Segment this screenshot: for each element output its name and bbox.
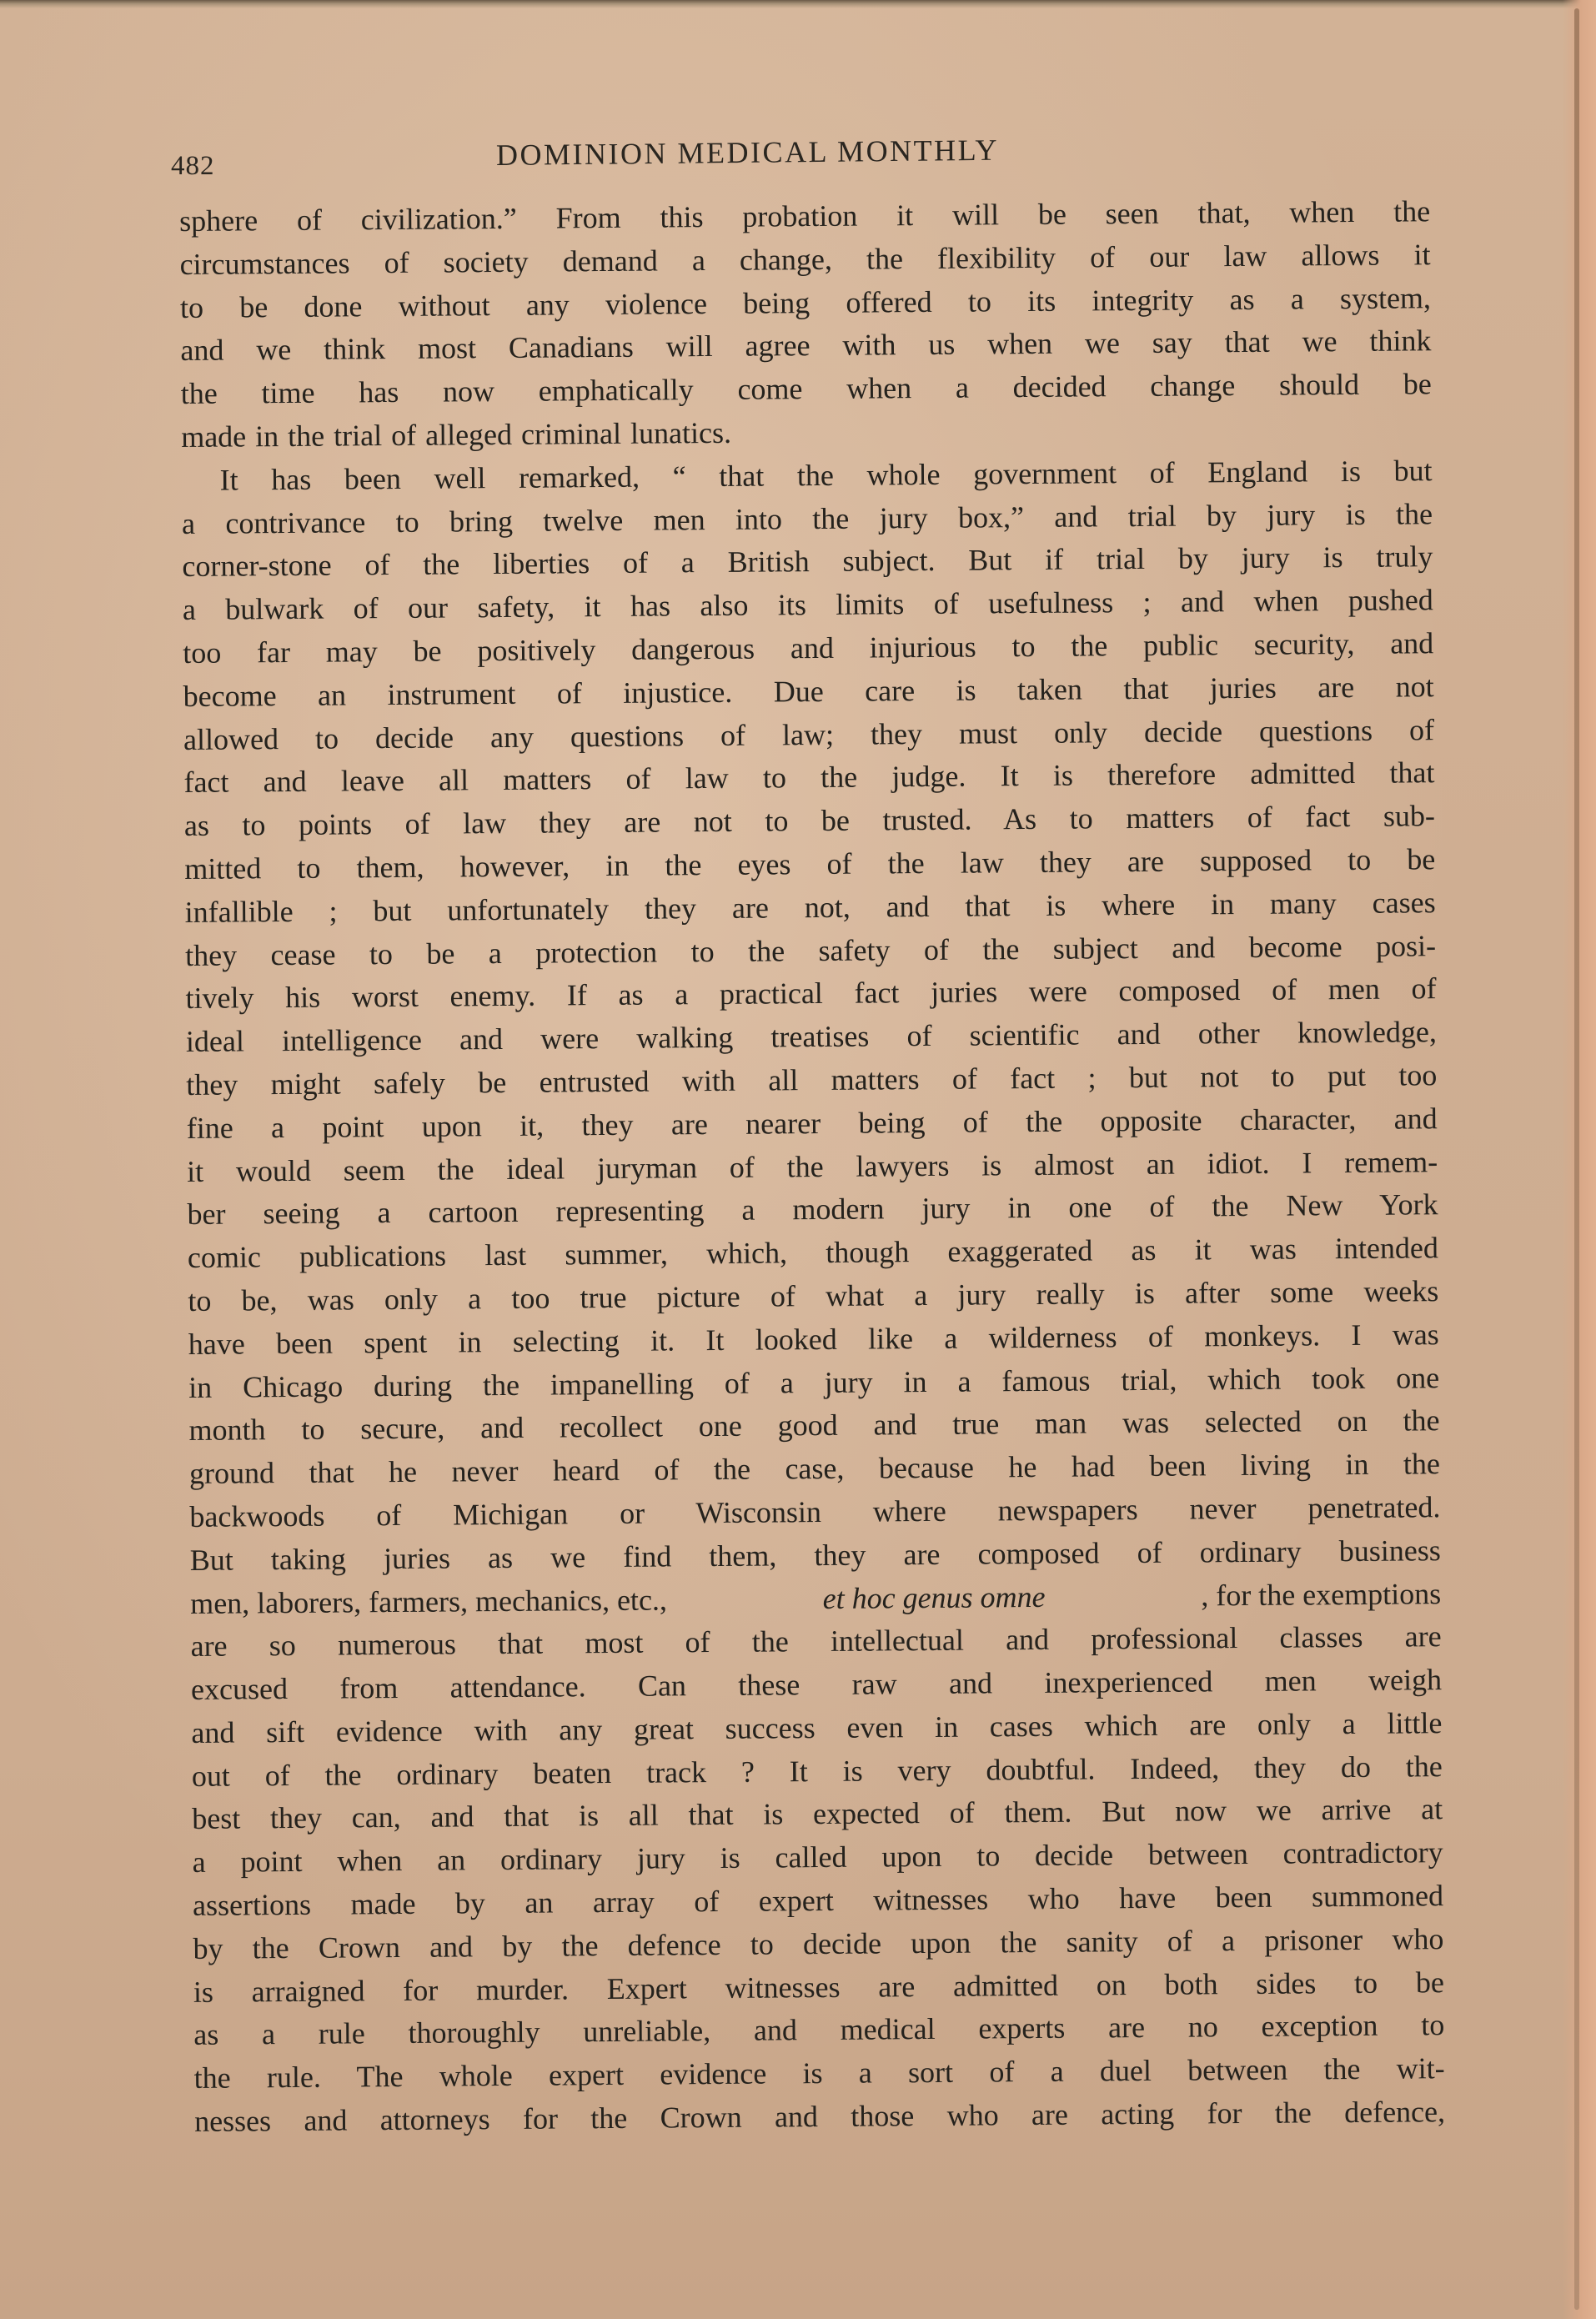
text-segment: , for the exemptions xyxy=(1201,1573,1441,1618)
page-top-edge xyxy=(0,0,1596,8)
page-right-edge xyxy=(1563,0,1596,2319)
latin-phrase: et hoc genus omne xyxy=(822,1575,1045,1620)
page-number: 482 xyxy=(171,151,215,182)
text-segment: men, laborers, farmers, mechanics, etc., xyxy=(190,1579,667,1625)
scanned-page: 482 DOMINION MEDICAL MONTHLY sphere of c… xyxy=(0,0,1596,2319)
binding-shadow xyxy=(1574,8,1579,2310)
article-body: sphere of civilization.” From this proba… xyxy=(179,190,1445,2144)
page-header: 482 DOMINION MEDICAL MONTHLY xyxy=(171,138,1405,179)
running-title: DOMINION MEDICAL MONTHLY xyxy=(496,133,999,173)
text-line: nesses and attorneys for the Crown and t… xyxy=(194,2091,1445,2144)
